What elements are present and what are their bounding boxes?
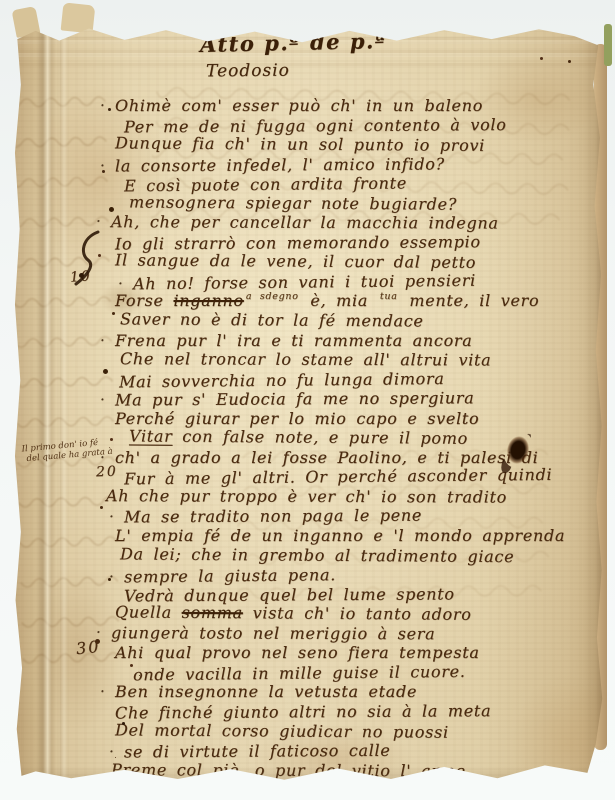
verse-text: se di virtute il faticoso calle [124, 741, 391, 762]
verse-line: Dunque fia ch' in un sol punto io provi [115, 133, 594, 156]
verse-line: giungerà tosto nel meriggio à sera [111, 623, 585, 644]
verse-text: Ohimè com' esser può ch' in un baleno [115, 96, 483, 115]
struck-word: somma [182, 603, 243, 622]
verse-line: Che finché giunto altri no sia à la meta [115, 701, 589, 723]
verse-line: Ma pur s' Eudocia fa me no spergiura [115, 388, 589, 410]
verse-line: Ohimè com' esser può ch' in un baleno [115, 96, 589, 116]
verse-text: Da lei; che in grembo al tradimento giac… [120, 544, 514, 566]
verse-text: Mai sovverchia no fu lunga dimora [119, 369, 445, 391]
verse-text: Forse [115, 291, 173, 310]
verse-text: Vitar [129, 427, 173, 446]
struck-word: inganno [173, 291, 243, 310]
verse-text: Dunque fia ch' in un sol punto io provi [115, 133, 485, 155]
verse-text: ch' a grado a lei fosse Paolino, e ti pa… [115, 448, 539, 467]
verse-text: Perché giurar per lo mio capo e svelto [115, 409, 479, 428]
verse-line: Ah, che per cancellar la macchia indegna [111, 212, 585, 233]
verse-line: Ah no! forse son vani i tuoi pensieri [133, 269, 598, 293]
verse-text: L' empia fé de un inganno e 'l mondo app… [115, 526, 565, 545]
manuscript-scan: Atto p.º de p.ª Teodosio Ohimè com' esse… [0, 0, 615, 800]
ink-specks [108, 108, 111, 111]
verse-text: sempre la giusta pena. [124, 565, 336, 586]
verse-text: Frena pur l' ira e ti rammenta ancora [115, 331, 473, 350]
verse-line: Ahi qual provo nel seno fiera tempesta [115, 643, 589, 663]
verse-text: la consorte infedel, l' amico infido? [115, 154, 445, 175]
verse-text: Ma se tradito non paga le pene [124, 506, 422, 527]
interlinear-insertion: tua [380, 291, 398, 302]
verse-text: Ah che pur troppo è ver ch' io son tradi… [106, 486, 507, 506]
verse-text: Ben insegnonne la vetusta etade [115, 682, 417, 701]
verse-line: Saver no è di tor la fé mendace [120, 309, 594, 332]
verse-text: Ah, che per cancellar la macchia indegna [111, 212, 499, 232]
verse-line: Frena pur l' ira e ti rammenta ancora [115, 331, 589, 351]
verse-text: mente, il vero [400, 291, 540, 310]
manuscript-page: Atto p.º de p.ª Teodosio Ohimè com' esse… [12, 24, 604, 782]
verse-line: onde vacilla in mille guise il cuore. [133, 660, 598, 684]
verse-text: Ah no! forse son vani i tuoi pensieri [133, 271, 476, 294]
pen-flourish [72, 228, 106, 292]
verse-line: Ben insegnonne la vetusta etade [115, 682, 589, 702]
verse-text: Saver no è di tor la fé mendace [120, 309, 424, 330]
verse-line: Perché giurar per lo mio capo e svelto [115, 409, 589, 429]
verse-line: Quella somma vista ch' io tanto adoro [115, 603, 594, 626]
binding-crease [36, 24, 56, 782]
verse-text: Ahi qual provo nel seno fiera tempesta [115, 643, 480, 662]
verse-line: se di virtute il faticoso calle [124, 740, 589, 762]
verse-text: Per me de ni fugga ogni contento à volo [124, 115, 507, 136]
margin-line-number: 30 [75, 637, 101, 658]
page-edge-shadow [12, 766, 604, 782]
verse-text: Il sangue da le vene, il cuor dal petto [115, 251, 476, 273]
binding-crease [60, 24, 68, 782]
torn-edge-tab [61, 2, 96, 33]
verse-text: Quella [115, 603, 182, 622]
verse-text: Del mortal corso giudicar no puossi [115, 720, 449, 741]
verse-text: Fur à me gl' altri. Or perché asconder q… [124, 465, 552, 488]
verse-text: Ma pur s' Eudocia fa me no spergiura [115, 388, 475, 409]
verse-line: L' empia fé de un inganno e 'l mondo app… [115, 526, 589, 546]
act-heading: Atto p.º de p.ª [200, 28, 387, 57]
verse-text: vista ch' io tanto adoro [243, 603, 472, 624]
verse-text: onde vacilla in mille guise il cuore. [133, 662, 466, 684]
verse-text: Che nel troncar lo stame all' altrui vit… [120, 349, 491, 369]
speaker-name: Teodosio [206, 61, 290, 82]
interlinear-insertion: a sdegno [246, 291, 299, 302]
binding-sliver [604, 24, 612, 66]
verse-line: Ma se tradito non paga le pene [124, 505, 589, 527]
verse-line: Forse ingannoa sdegno è, mia tua mente, … [115, 291, 589, 311]
margin-line-number: 20 [96, 464, 118, 481]
verse-text: Che finché giunto altri no sia à la meta [115, 701, 491, 722]
verse-text: è, mia [301, 291, 378, 310]
verse-text: mensognera spiegar note bugiarde? [129, 192, 457, 213]
verse-text: con false note, e pure il pomo [172, 427, 468, 448]
verse-text: giungerà tosto nel meriggio à sera [111, 623, 435, 643]
